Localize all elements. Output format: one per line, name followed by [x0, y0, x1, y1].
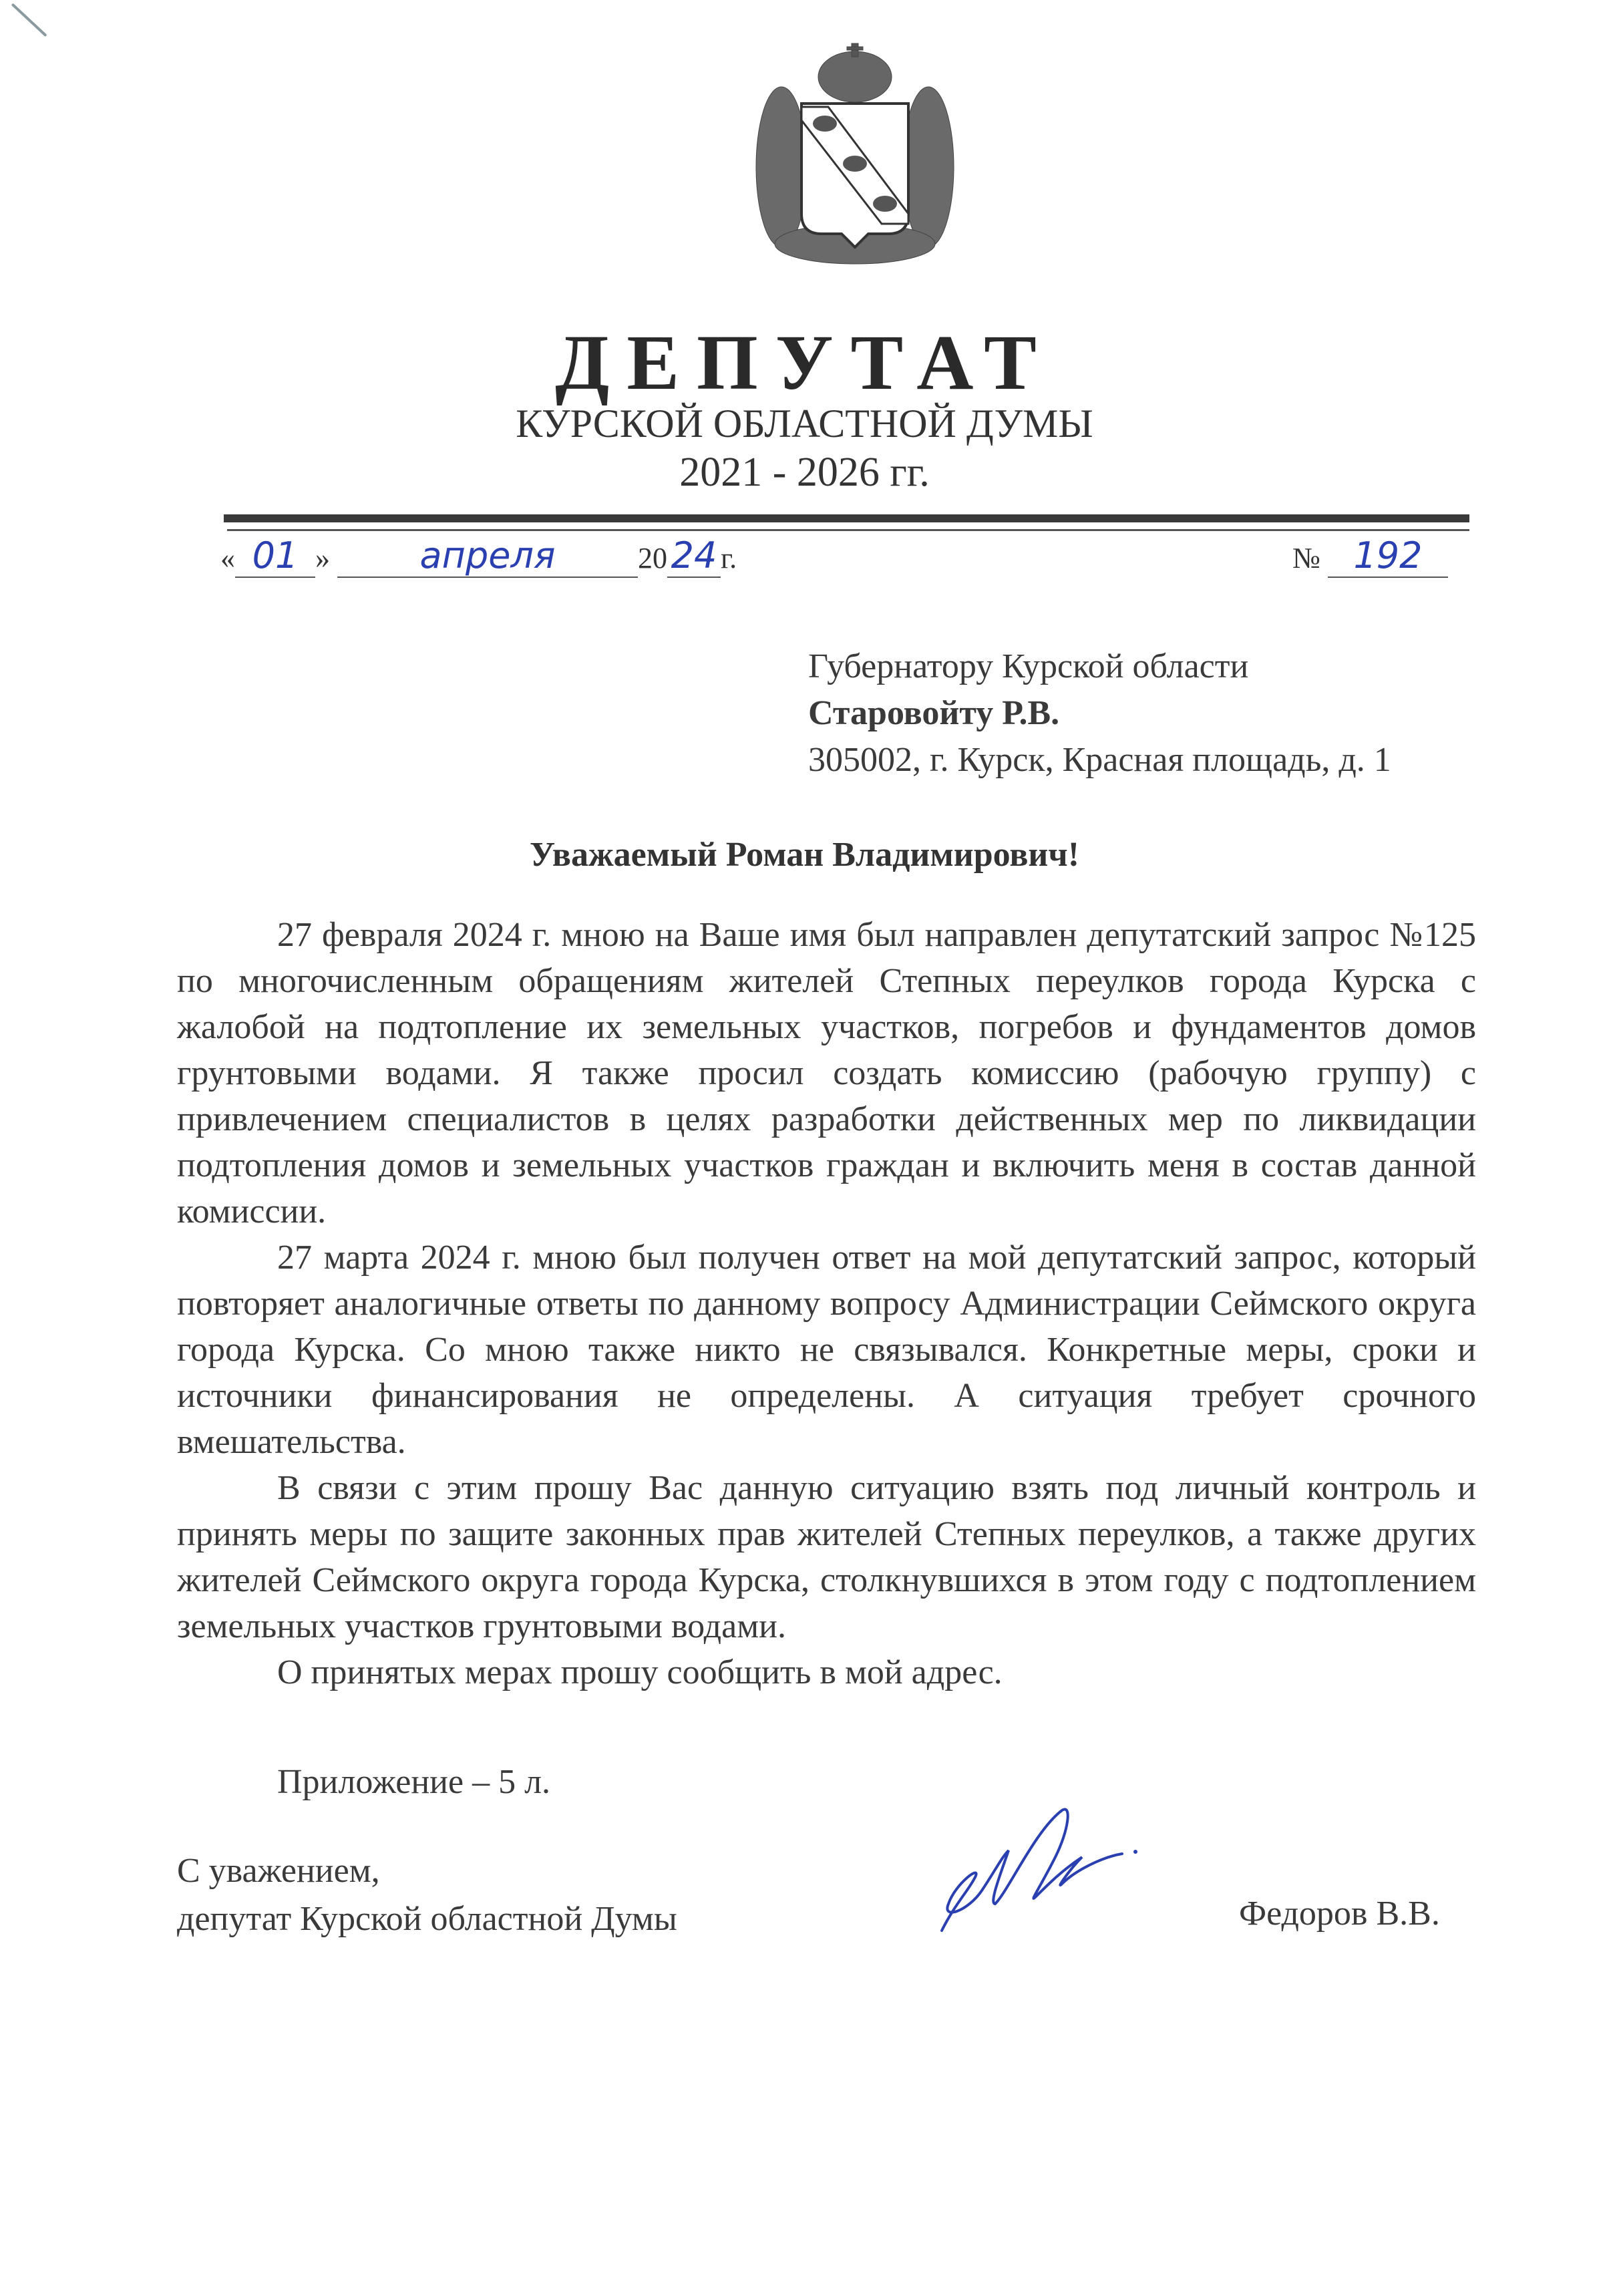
- letter-body: 27 февраля 2024 г. мною на Ваше имя был …: [177, 912, 1476, 1695]
- date-month-field: апреля: [337, 534, 638, 578]
- date-month: апреля: [420, 534, 556, 577]
- date-year-suffix: 24: [671, 534, 717, 577]
- document-number: № 192: [1292, 534, 1448, 578]
- annex-note: Приложение – 5 л.: [277, 1762, 550, 1802]
- date-year-label: г.: [721, 542, 737, 575]
- signature-icon: [928, 1804, 1209, 1937]
- addressee-address: 305002, г. Курск, Красная площадь, д. 1: [808, 740, 1391, 780]
- body-paragraph: 27 марта 2024 г. мною был получен ответ …: [177, 1235, 1476, 1465]
- salutation: Уважаемый Роман Владимирович!: [0, 835, 1609, 874]
- closing-block: С уважением, депутат Курской областной Д…: [177, 1847, 677, 1943]
- date-open-quote: «: [220, 542, 235, 575]
- body-paragraph: О принятых мерах прошу сообщить в мой ад…: [177, 1649, 1476, 1695]
- date-day: 01: [252, 534, 299, 577]
- date-day-field: 01: [235, 534, 315, 578]
- letterhead-subtitle: КУРСКОЙ ОБЛАСТНОЙ ДУМЫ: [0, 401, 1609, 447]
- letterhead-term: 2021 - 2026 гг.: [0, 449, 1609, 496]
- body-paragraph: В связи с этим прошу Вас данную ситуацию…: [177, 1465, 1476, 1649]
- header-rule-thin: [227, 529, 1469, 531]
- letterhead-title: ДЕПУТАТ: [0, 317, 1609, 408]
- number-field: 192: [1328, 534, 1448, 578]
- closing-title: депутат Курской областной Думы: [177, 1895, 677, 1943]
- addressee-name: Старовойту Р.В.: [808, 693, 1059, 733]
- closing-regards: С уважением,: [177, 1847, 677, 1895]
- date-year-prefix: 20: [638, 542, 667, 575]
- body-paragraph: 27 февраля 2024 г. мною на Ваше имя был …: [177, 912, 1476, 1235]
- date-year-field: 24: [667, 534, 721, 578]
- addressee-position: Губернатору Курской области: [808, 647, 1248, 686]
- staple-mark: [11, 3, 47, 37]
- date-close-quote: »: [315, 542, 330, 575]
- date-line: «01» апреля2024г.: [220, 534, 737, 578]
- number-value: 192: [1353, 534, 1422, 577]
- coat-of-arms-icon: [755, 40, 955, 267]
- header-rule-thick: [224, 514, 1469, 522]
- number-label: №: [1292, 542, 1320, 575]
- signer-name: Федоров В.В.: [1239, 1894, 1440, 1933]
